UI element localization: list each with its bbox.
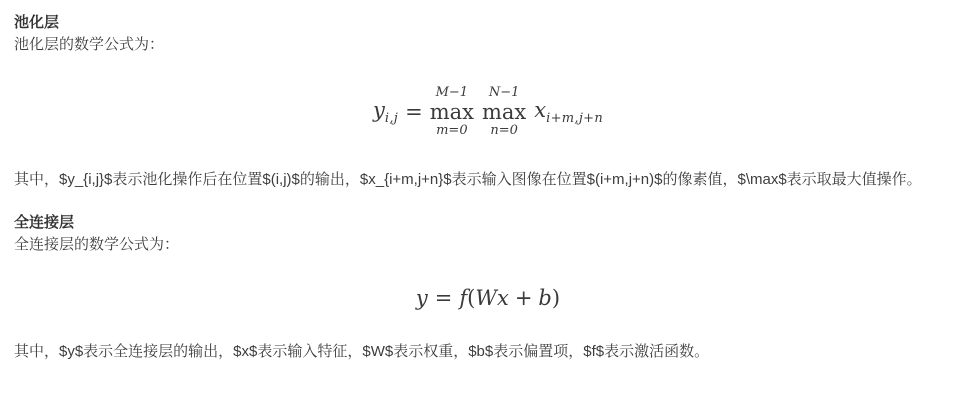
max-operator-n: N−1 max n=0	[482, 86, 526, 139]
math-b: b	[538, 286, 551, 310]
equals-sign-fc: =	[435, 286, 453, 311]
formula-pooling-row: yi,j = M−1 max m=0 N−1 max n=0 xi+m,j+n	[373, 86, 603, 139]
pooling-explanation: 其中，$y_{i,j}$表示池化操作后在位置$(i,j)$的输出，$x_{i+m…	[14, 167, 962, 192]
math-Wx: Wx	[475, 286, 508, 310]
right-paren: )	[552, 286, 560, 310]
formula-pooling: yi,j = M−1 max m=0 N−1 max n=0 xi+m,j+n	[14, 86, 962, 139]
math-y-fc: y	[416, 286, 428, 311]
pooling-intro: 池化层的数学公式为：	[14, 34, 962, 56]
math-sub-ij: i,j	[385, 111, 398, 126]
formula-fc: y = f(Wx+b)	[14, 286, 962, 311]
fc-explanation: 其中，$y$表示全连接层的输出，$x$表示输入特征，$W$表示权重，$b$表示偏…	[14, 339, 962, 364]
section-fully-connected: 全连接层 全连接层的数学公式为： y = f(Wx+b) 其中，$y$表示全连接…	[14, 212, 962, 364]
max-m-lower-limit: m=0	[436, 124, 468, 139]
math-x: x	[534, 98, 546, 122]
plus-sign: +	[515, 286, 533, 310]
max-n-lower-limit: n=0	[490, 124, 518, 139]
pooling-heading: 池化层	[14, 12, 962, 34]
max-m-op: max	[430, 101, 474, 124]
math-rhs-fc: f(Wx+b)	[459, 286, 560, 311]
math-y: y	[373, 98, 385, 122]
max-n-upper-limit: N−1	[489, 86, 520, 101]
document-body: 池化层 池化层的数学公式为： yi,j = M−1 max m=0 N−1 ma…	[0, 0, 976, 364]
max-m-upper-limit: M−1	[436, 86, 468, 101]
math-rhs-term: xi+m,j+n	[534, 98, 603, 127]
section-pooling: 池化层 池化层的数学公式为： yi,j = M−1 max m=0 N−1 ma…	[14, 12, 962, 192]
max-operator-m: M−1 max m=0	[430, 86, 474, 139]
math-f: f	[459, 286, 467, 310]
fc-intro: 全连接层的数学公式为：	[14, 234, 962, 256]
equals-sign: =	[405, 100, 423, 125]
fc-heading: 全连接层	[14, 212, 962, 234]
math-lhs-term: yi,j	[373, 98, 398, 127]
max-n-op: max	[482, 101, 526, 124]
formula-fc-row: y = f(Wx+b)	[416, 286, 560, 311]
math-sub-imjn: i+m,j+n	[546, 111, 603, 126]
